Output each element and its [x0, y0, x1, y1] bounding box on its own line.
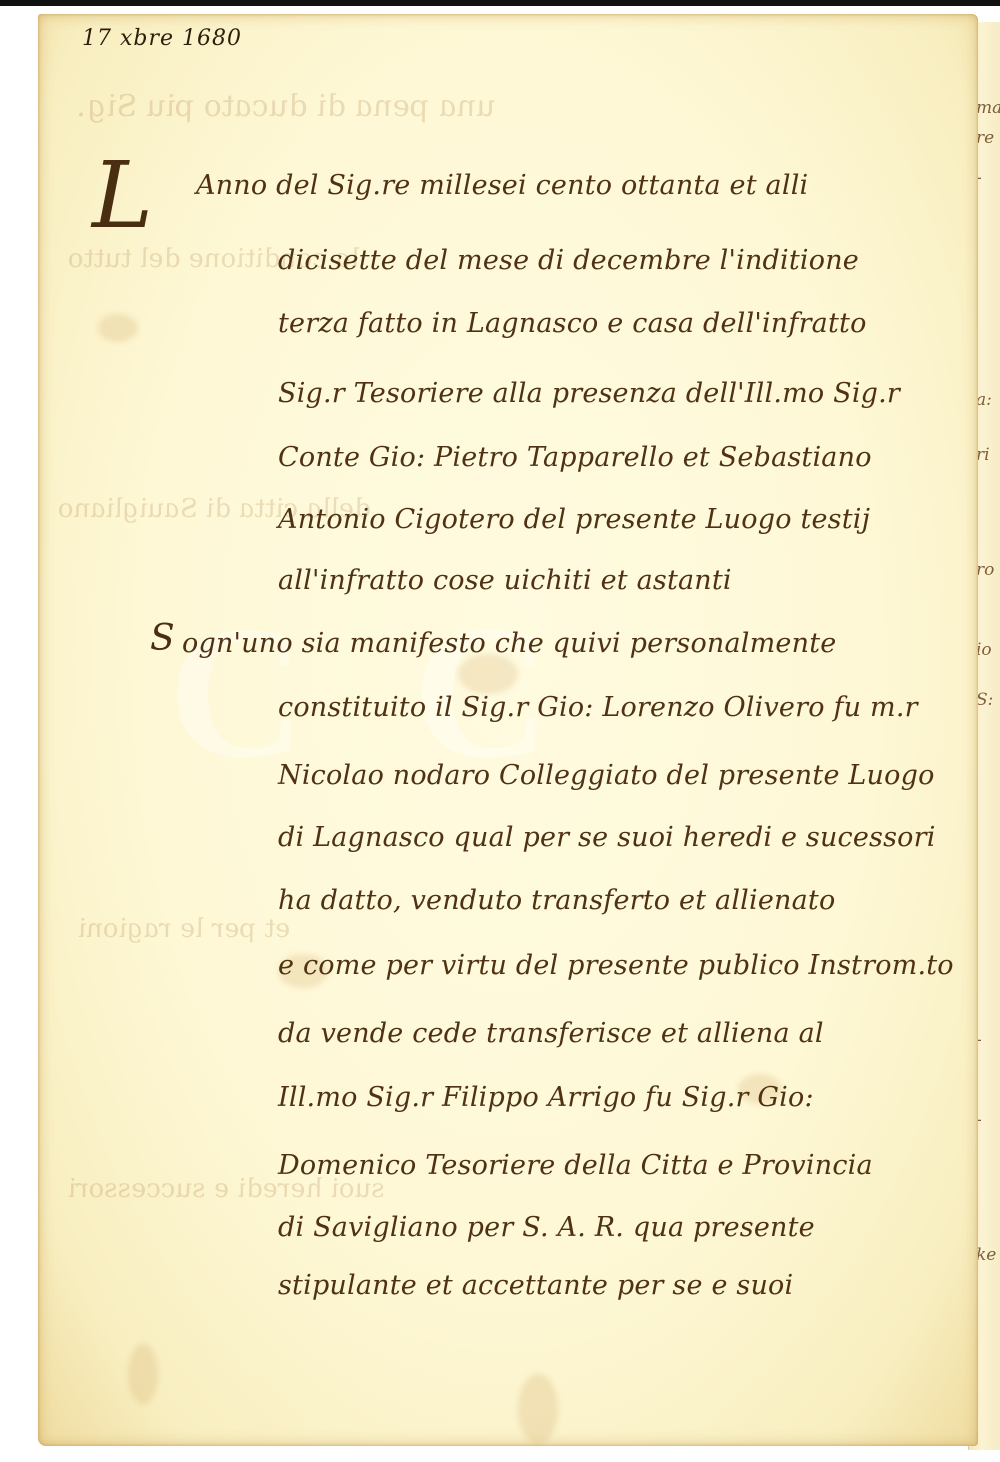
bleed-through-text: una pena di ducato piu Sig.	[74, 89, 499, 124]
manuscript-line: Conte Gio: Pietro Tapparello et Sebastia…	[278, 442, 872, 473]
under-sheet-fragment: io	[976, 640, 992, 660]
foxing-stain	[98, 314, 138, 342]
manuscript-line: di Savigliano per S. A. R. qua presente	[278, 1212, 815, 1243]
manuscript-line: Ill.mo Sig.r Filippo Arrigo fu Sig.r Gio…	[278, 1082, 814, 1113]
under-sheet-fragment: re	[976, 128, 994, 148]
marginal-date-note: 17 xbre 1680	[82, 26, 242, 51]
foxing-stain	[128, 1344, 158, 1404]
manuscript-line: Sig.r Tesoriere alla presenza dell'Ill.m…	[278, 378, 900, 409]
under-sheet-fragment: ri	[976, 445, 990, 465]
manuscript-line: di Lagnasco qual per se suoi heredi e su…	[278, 822, 936, 853]
manuscript-line: Domenico Tesoriere della Citta e Provinc…	[278, 1150, 873, 1181]
manuscript-line: dicisette del mese di decembre l'inditio…	[278, 245, 859, 276]
bleed-through-text: et per le ragioni	[75, 914, 294, 944]
under-sheet-fragment: S:	[976, 690, 993, 710]
manuscript-line: all'infratto cose uichiti et astanti	[278, 565, 732, 596]
foxing-stain	[518, 1374, 558, 1444]
paragraph-initial: S	[150, 618, 175, 659]
under-sheet-fragment: ma	[976, 98, 1000, 118]
manuscript-line: Antonio Cigotero del presente Luogo test…	[278, 504, 870, 535]
under-sheet-fragment: ro	[976, 560, 994, 580]
document-scan: ma re - a: ri ro io S: - - ke una pena d…	[0, 0, 1000, 1462]
manuscript-line: da vende cede transferisce et alliena al	[278, 1018, 824, 1049]
decorated-initial: L	[92, 150, 153, 242]
manuscript-line: e come per virtu del presente publico In…	[278, 950, 954, 981]
scan-top-border	[0, 0, 1000, 6]
manuscript-line: ogn'uno sia manifesto che quivi personal…	[182, 628, 836, 659]
manuscript-line: ha datto, venduto transferto et allienat…	[278, 885, 835, 916]
manuscript-line: Nicolao nodaro Colleggiato del presente …	[278, 760, 935, 791]
under-sheet-fragment: ke	[976, 1245, 996, 1265]
manuscript-line: Anno del Sig.re millesei cento ottanta e…	[196, 170, 808, 201]
manuscript-line: constituito il Sig.r Gio: Lorenzo Oliver…	[278, 692, 918, 723]
under-sheet-fragment: a:	[976, 390, 992, 410]
manuscript-line: stipulante et accettante per se e suoi	[278, 1270, 793, 1301]
manuscript-line: terza fatto in Lagnasco e casa dell'infr…	[278, 308, 867, 339]
